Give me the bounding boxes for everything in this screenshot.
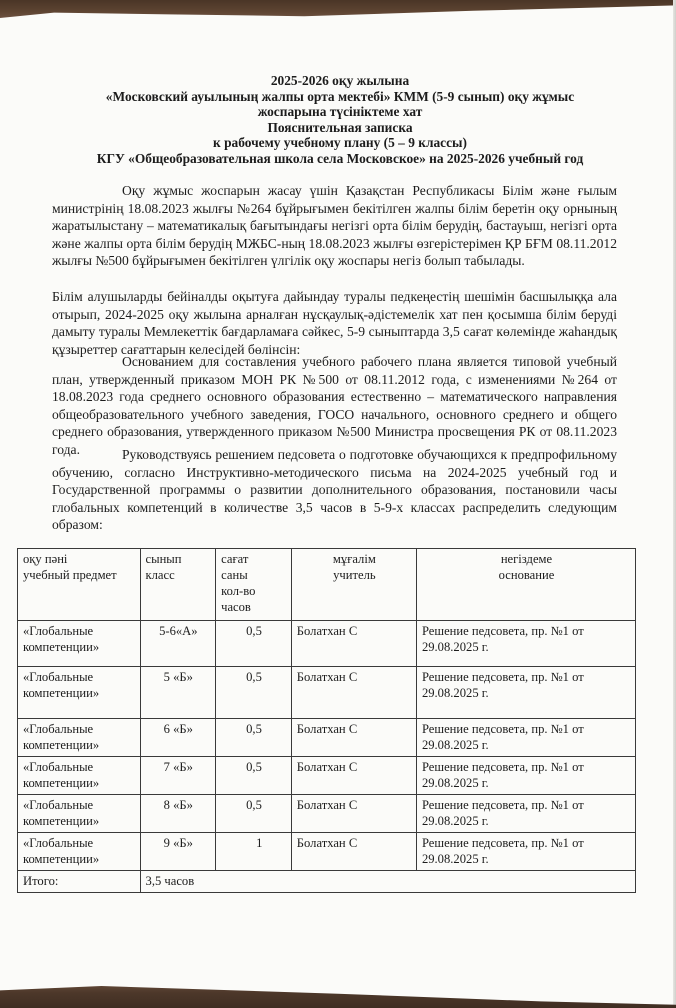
cell-basis: Решение педсовета, пр. №1 от29.08.2025 г… (416, 667, 635, 719)
cell-teacher: Болатхан С (291, 621, 416, 667)
cell-subject: «Глобальныекомпетенции» (18, 795, 141, 833)
cell-basis: Решение педсовета, пр. №1 от29.08.2025 г… (416, 833, 635, 871)
title-line: к рабочему учебному плану (5 – 9 классы) (20, 135, 660, 151)
header-teacher: мұғалім учитель (291, 549, 416, 621)
header-subject: оқу пәні учебный предмет (18, 549, 141, 621)
cell-basis: Решение педсовета, пр. №1 от29.08.2025 г… (416, 621, 635, 667)
table-row: «Глобальныекомпетенции» 6 «Б» 0,5 Болатх… (18, 719, 636, 757)
cell-class: 5-6«А» (140, 621, 216, 667)
cell-teacher: Болатхан С (291, 833, 416, 871)
table-header-row: оқу пәні учебный предмет сынып класс сағ… (18, 549, 636, 621)
cell-teacher: Болатхан С (291, 795, 416, 833)
header-hours: сағат саны кол-во часов (216, 549, 292, 621)
cell-teacher: Болатхан С (291, 757, 416, 795)
cell-basis: Решение педсовета, пр. №1 от29.08.2025 г… (416, 719, 635, 757)
paragraph-kazakh-decision: Білім алушыларды бейіналды оқытуға дайын… (52, 288, 617, 358)
document-title: 2025-2026 оқу жылына «Московский ауылыны… (20, 73, 660, 167)
header-class: сынып класс (140, 549, 216, 621)
paragraph-russian-basis: Основанием для составления учебного рабо… (52, 353, 617, 458)
title-line: 2025-2026 оқу жылына (20, 73, 660, 89)
cell-class: 6 «Б» (140, 719, 216, 757)
cell-subject: «Глобальныекомпетенции» (18, 757, 141, 795)
cell-hours: 1 (216, 833, 292, 871)
cell-basis: Решение педсовета, пр. №1 от29.08.2025 г… (416, 795, 635, 833)
cell-subject: «Глобальныекомпетенции» (18, 833, 141, 871)
cell-hours: 0,5 (216, 621, 292, 667)
cell-subject: «Глобальныекомпетенции» (18, 667, 141, 719)
table-row: «Глобальныекомпетенции» 5-6«А» 0,5 Болат… (18, 621, 636, 667)
title-line: жоспарына түсініктеме хат (20, 104, 660, 120)
wood-background-top (0, 0, 676, 18)
paragraph-russian-decision: Руководствуясь решением педсовета о подг… (52, 446, 617, 534)
paragraph-kazakh-basis: Оқу жұмыс жоспарын жасау үшін Қазақстан … (52, 182, 617, 270)
cell-hours: 0,5 (216, 719, 292, 757)
cell-class: 5 «Б» (140, 667, 216, 719)
table-row: «Глобальныекомпетенции» 9 «Б» 1 Болатхан… (18, 833, 636, 871)
cell-teacher: Болатхан С (291, 667, 416, 719)
cell-teacher: Болатхан С (291, 719, 416, 757)
header-basis: негіздеме основание (416, 549, 635, 621)
wood-background-bottom (0, 986, 676, 1008)
title-line: КГУ «Общеобразовательная школа села Моск… (20, 151, 660, 167)
cell-subject: «Глобальныекомпетенции» (18, 719, 141, 757)
hours-distribution-table: оқу пәні учебный предмет сынып класс сағ… (17, 548, 636, 893)
cell-hours: 0,5 (216, 667, 292, 719)
title-line: Пояснительная записка (20, 120, 660, 136)
table-row: «Глобальныекомпетенции» 7 «Б» 0,5 Болатх… (18, 757, 636, 795)
table-row: «Глобальныекомпетенции» 8 «Б» 0,5 Болатх… (18, 795, 636, 833)
title-line: «Московский ауылының жалпы орта мектебі»… (20, 89, 660, 105)
cell-hours: 0,5 (216, 795, 292, 833)
total-value: 3,5 часов (140, 871, 635, 893)
cell-basis: Решение педсовета, пр. №1 от29.08.2025 г… (416, 757, 635, 795)
cell-class: 8 «Б» (140, 795, 216, 833)
table-row: «Глобальныекомпетенции» 5 «Б» 0,5 Болатх… (18, 667, 636, 719)
cell-subject: «Глобальныекомпетенции» (18, 621, 141, 667)
table-total-row: Итого: 3,5 часов (18, 871, 636, 893)
cell-class: 7 «Б» (140, 757, 216, 795)
cell-hours: 0,5 (216, 757, 292, 795)
cell-class: 9 «Б» (140, 833, 216, 871)
total-label: Итого: (18, 871, 141, 893)
